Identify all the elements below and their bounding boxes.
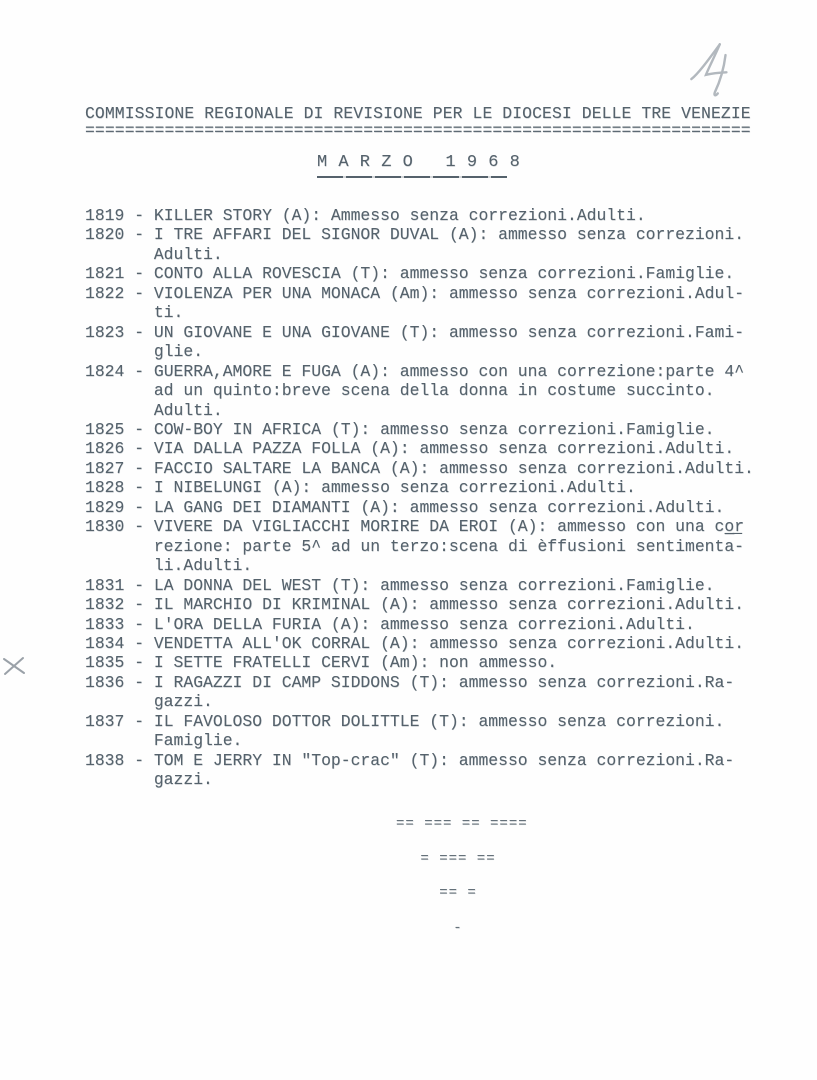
entry-number: 1825: [85, 420, 124, 439]
entry-number: 1824: [85, 362, 124, 381]
entries-list: 1819 - KILLER STORY (A): Ammesso senza c…: [85, 206, 790, 790]
entry-number: 1838: [85, 751, 124, 770]
entry-row: 1838 - TOM E JERRY IN "Top-crac" (T): am…: [85, 751, 790, 790]
entry-row: 1835 - I SETTE FRATELLI CERVI (Am): non …: [85, 653, 790, 672]
entry-text: 1837 - IL FAVOLOSO DOTTOR DOLITTLE (T): …: [85, 712, 724, 750]
entry-number: 1829: [85, 498, 124, 517]
entry-row: 1832 - IL MARCHIO DI KRIMINAL (A): ammes…: [85, 595, 790, 614]
date-heading: M A R Z O 1 9 6 8: [317, 153, 520, 172]
entry-row: 1823 - UN GIOVANE E UNA GIOVANE (T): amm…: [85, 323, 790, 362]
entry-row: 1834 - VENDETTA ALL'OK CORRAL (A): ammes…: [85, 634, 790, 653]
entry-row: 1824 - GUERRA,AMORE E FUGA (A): ammesso …: [85, 362, 790, 420]
entry-text: 1826 - VIA DALLA PAZZA FOLLA (A): ammess…: [85, 439, 734, 458]
entry-row: 1822 - VIOLENZA PER UNA MONACA (Am): amm…: [85, 284, 790, 323]
entry-number: 1836: [85, 673, 124, 692]
entry-row: 1826 - VIA DALLA PAZZA FOLLA (A): ammess…: [85, 439, 790, 458]
entry-text: 1819 - KILLER STORY (A): Ammesso senza c…: [85, 206, 646, 225]
entry-text: 1827 - FACCIO SALTARE LA BANCA (A): amme…: [85, 459, 754, 478]
document-page: COMMISSIONE REGIONALE DI REVISIONE PER L…: [0, 0, 817, 1080]
entry-text: 1821 - CONTO ALLA ROVESCIA (T): ammesso …: [85, 264, 734, 283]
entry-row: 1825 - COW-BOY IN AFRICA (T): ammesso se…: [85, 420, 790, 439]
entry-number: 1832: [85, 595, 124, 614]
entry-text: 1834 - VENDETTA ALL'OK CORRAL (A): ammes…: [85, 634, 744, 653]
pencil-numeral-4-icon: [679, 28, 753, 106]
closing-mark-line-2: = === ==: [396, 854, 520, 866]
entry-row: 1820 - I TRE AFFARI DEL SIGNOR DUVAL (A)…: [85, 225, 790, 264]
closing-mark-line-3: == =: [396, 888, 520, 900]
entry-row: 1828 - I NIBELUNGI (A): ammesso senza co…: [85, 478, 790, 497]
entry-row: 1831 - LA DONNA DEL WEST (T): ammesso se…: [85, 576, 790, 595]
entry-row: 1836 - I RAGAZZI DI CAMP SIDDONS (T): am…: [85, 673, 790, 712]
entry-number: 1819: [85, 206, 124, 225]
entry-number: 1826: [85, 439, 124, 458]
entry-text: 1830 - VIVERE DA VIGLIACCHI MORIRE DA ER…: [85, 517, 744, 575]
entry-number: 1835: [85, 653, 124, 672]
entry-row: 1837 - IL FAVOLOSO DOTTOR DOLITTLE (T): …: [85, 712, 790, 751]
entry-number: 1823: [85, 323, 124, 342]
entry-number: 1833: [85, 615, 124, 634]
closing-mark-line-4: -: [396, 923, 520, 935]
entry-number: 1834: [85, 634, 124, 653]
entry-row: 1819 - KILLER STORY (A): Ammesso senza c…: [85, 206, 790, 225]
entry-text: 1836 - I RAGAZZI DI CAMP SIDDONS (T): am…: [85, 673, 734, 711]
entry-text: 1832 - IL MARCHIO DI KRIMINAL (A): ammes…: [85, 595, 744, 614]
entry-text: 1824 - GUERRA,AMORE E FUGA (A): ammesso …: [85, 362, 744, 420]
entry-text: 1828 - I NIBELUNGI (A): ammesso senza co…: [85, 478, 636, 497]
header-underline: ========================================…: [85, 121, 751, 140]
closing-mark: == === == ==== = === == == = -: [396, 796, 520, 957]
date-underline: [317, 176, 507, 178]
entry-number: 1837: [85, 712, 124, 731]
entry-number: 1827: [85, 459, 124, 478]
entry-text: 1838 - TOM E JERRY IN "Top-crac" (T): am…: [85, 751, 734, 789]
entry-row: 1821 - CONTO ALLA ROVESCIA (T): ammesso …: [85, 264, 790, 283]
entry-number: 1820: [85, 225, 124, 244]
entry-text: 1820 - I TRE AFFARI DEL SIGNOR DUVAL (A)…: [85, 225, 744, 263]
entry-text: 1835 - I SETTE FRATELLI CERVI (Am): non …: [85, 653, 557, 672]
date-heading-block: M A R Z O 1 9 6 8: [317, 153, 520, 178]
entry-number: 1831: [85, 576, 124, 595]
entry-text: 1822 - VIOLENZA PER UNA MONACA (Am): amm…: [85, 284, 744, 322]
entry-number: 1828: [85, 478, 124, 497]
entry-text: 1829 - LA GANG DEI DIAMANTI (A): ammesso…: [85, 498, 724, 517]
entry-text: 1825 - COW-BOY IN AFRICA (T): ammesso se…: [85, 420, 715, 439]
entry-number: 1822: [85, 284, 124, 303]
entry-number: 1830: [85, 517, 124, 536]
handwritten-page-number: [679, 28, 753, 106]
entry-text: 1833 - L'ORA DELLA FURIA (A): ammesso se…: [85, 615, 695, 634]
entry-number: 1821: [85, 264, 124, 283]
entry-row: 1829 - LA GANG DEI DIAMANTI (A): ammesso…: [85, 498, 790, 517]
entry-text: 1823 - UN GIOVANE E UNA GIOVANE (T): amm…: [85, 323, 744, 361]
entry-row: 1833 - L'ORA DELLA FURIA (A): ammesso se…: [85, 615, 790, 634]
entry-text: 1831 - LA DONNA DEL WEST (T): ammesso se…: [85, 576, 715, 595]
closing-mark-line-1: == === == ====: [396, 819, 520, 831]
entry-row: 1827 - FACCIO SALTARE LA BANCA (A): amme…: [85, 459, 790, 478]
entry-row: 1830 - VIVERE DA VIGLIACCHI MORIRE DA ER…: [85, 517, 790, 575]
